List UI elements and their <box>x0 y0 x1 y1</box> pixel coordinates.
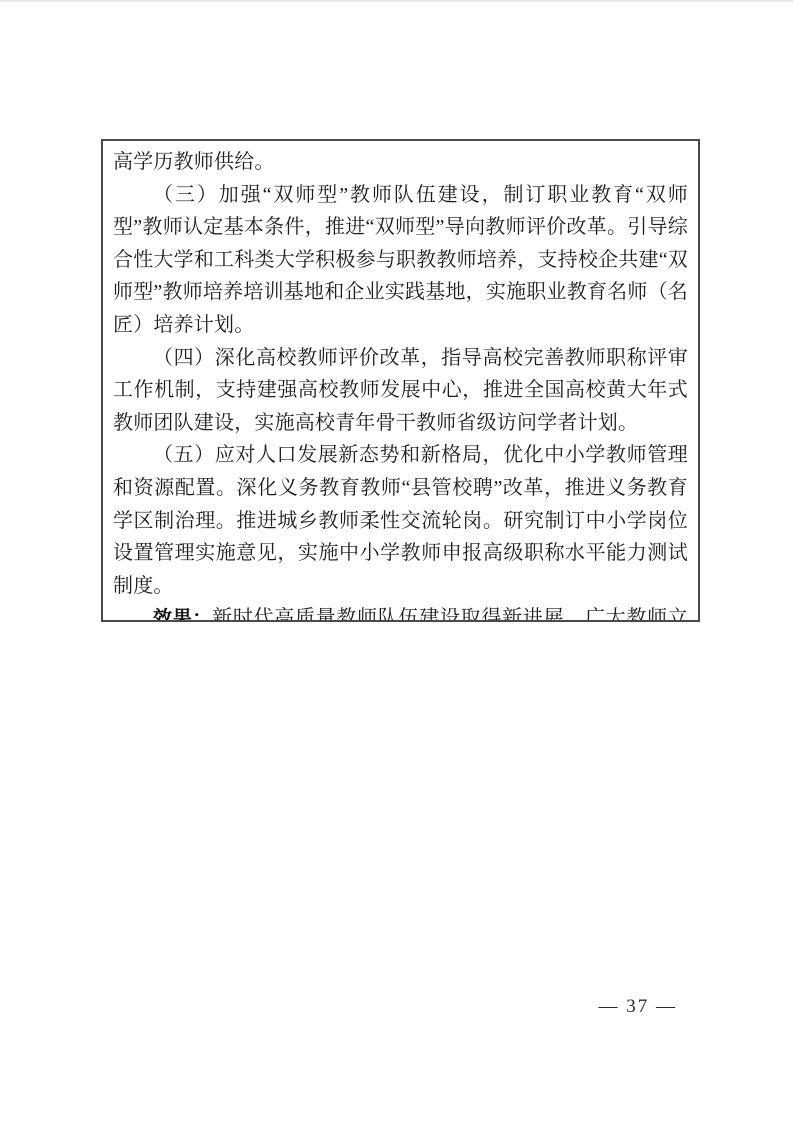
paragraph-item-four: （四）深化高校教师评价改革，指导高校完善教师职称评审工作机制，支持建强高校教师发… <box>113 342 688 440</box>
scan-top-edge <box>0 0 793 2</box>
paragraph-continuation: 高学历教师供给。 <box>113 146 688 179</box>
paragraph-item-five: （五）应对人口发展新态势和新格局，优化中小学教师管理和资源配置。深化义务教育教师… <box>113 439 688 602</box>
paragraph-item-three: （三）加强“双师型”教师队伍建设，制订职业教育“双师型”教师认定基本条件，推进“… <box>113 179 688 342</box>
effect-label: 效果： <box>153 608 212 622</box>
paragraph-effect: 效果：新时代高质量教师队伍建设取得新进展，广大教师立德树人能力水平显著提升，尊师… <box>113 602 688 622</box>
document-page: 高学历教师供给。 （三）加强“双师型”教师队伍建设，制订职业教育“双师型”教师认… <box>0 0 793 1122</box>
page-number: — 37 — <box>599 996 678 1018</box>
content-box: 高学历教师供给。 （三）加强“双师型”教师队伍建设，制订职业教育“双师型”教师认… <box>101 139 700 622</box>
